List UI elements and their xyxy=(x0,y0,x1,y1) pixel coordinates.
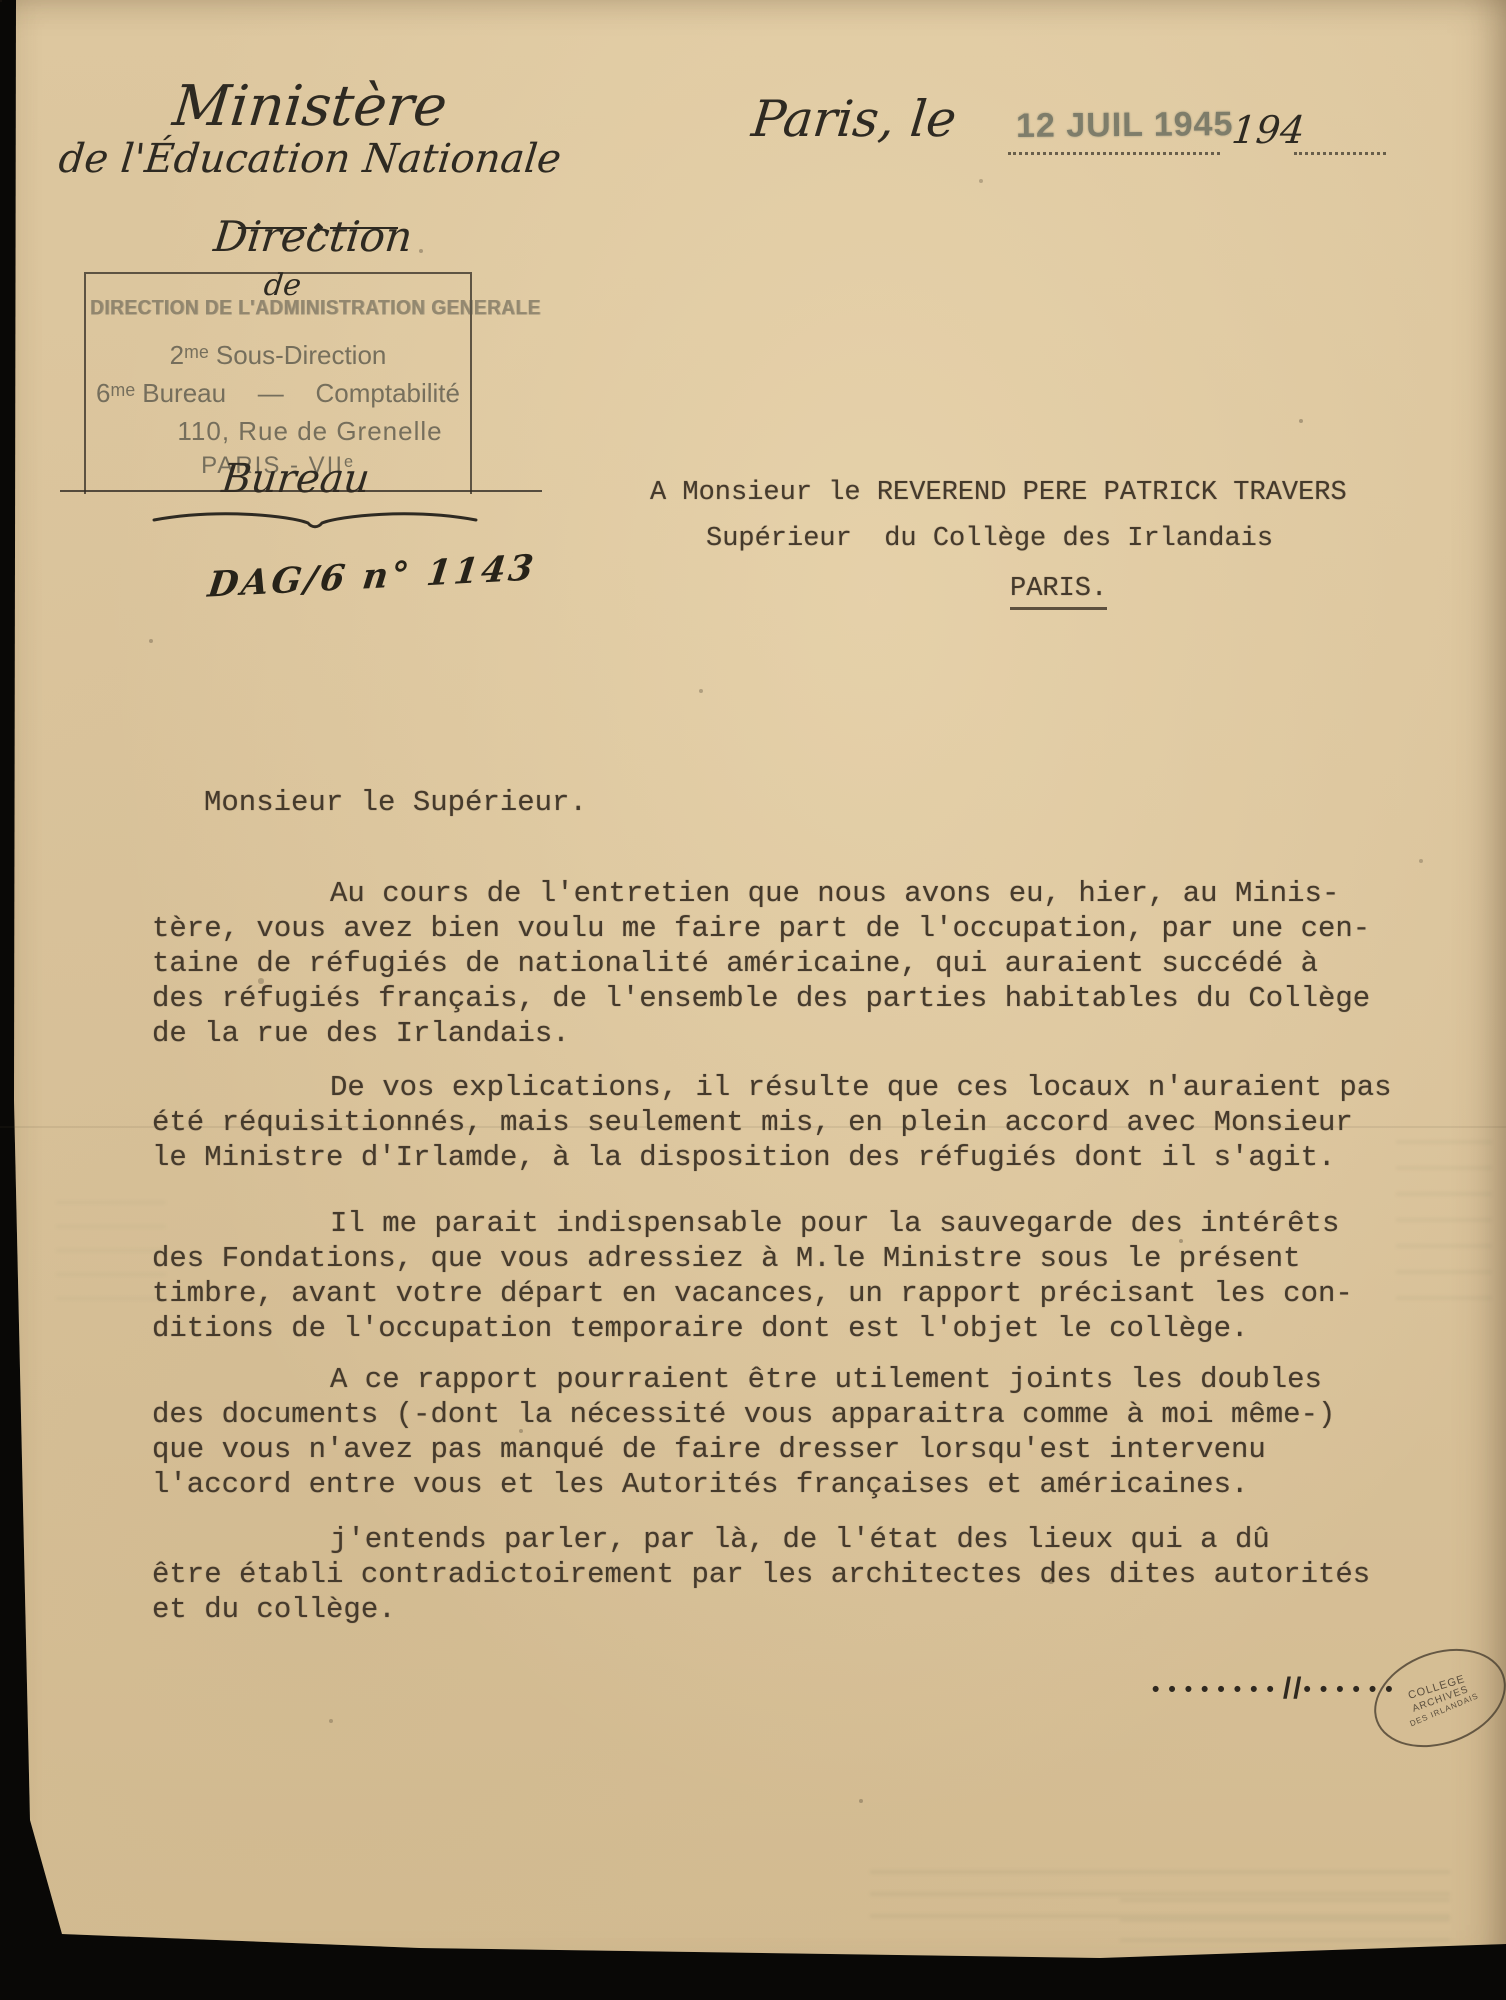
brace-flourish xyxy=(150,506,480,536)
body-paragraph-3: Il me parait indispensable pour la sauve… xyxy=(152,1206,1404,1346)
body-paragraph-1: Au cours de l'entretien que nous avons e… xyxy=(152,876,1404,1051)
scanned-letter-page: Ministère de l'Éducation Nationale Paris… xyxy=(0,0,1506,2000)
date-dotted-underline-left xyxy=(1008,152,1220,155)
continuation-dots: ••••••••//•••••• xyxy=(1152,1672,1402,1706)
box-bottom-rule xyxy=(60,490,542,492)
letterhead-ministry-line1: Ministère xyxy=(127,74,494,139)
salutation: Monsieur le Supérieur. xyxy=(204,786,587,819)
bureau-stamp: 6ᵐᵉ Bureau xyxy=(96,378,226,409)
sous-direction-stamp: 2ᵐᵉ Sous-Direction xyxy=(86,340,470,371)
date-prefix-script: Paris, le xyxy=(749,90,959,148)
bureau-dash: — xyxy=(226,378,315,409)
de-script-label: de xyxy=(262,268,303,303)
printed-year-suffix: 194 xyxy=(1230,108,1307,152)
paper-specks xyxy=(0,0,2,2)
recipient-line2: Supérieur du Collège des Irlandais xyxy=(706,524,1273,554)
recipient-line1: A Monsieur le REVEREND PERE PATRICK TRAV… xyxy=(650,478,1347,508)
dots-left: •••••••• xyxy=(1152,1678,1283,1701)
date-stamp: 12 JUIL 1945 xyxy=(1016,105,1234,146)
direction-script-label: Direction xyxy=(211,212,414,261)
bureau-script-label: Bureau xyxy=(220,456,372,502)
continuation-slashes: // xyxy=(1283,1672,1304,1705)
bleed-through-smudge xyxy=(1120,1896,1450,1942)
date-dotted-underline-right xyxy=(1294,152,1386,155)
comptabilite-stamp: Comptabilité xyxy=(315,378,460,409)
body-paragraph-4: A ce rapport pourraient être utilement j… xyxy=(152,1362,1404,1502)
letterhead-ministry-line2: de l'Éducation Nationale xyxy=(53,136,568,182)
body-paragraph-2: De vos explications, il résulte que ces … xyxy=(152,1070,1404,1175)
bleed-through-smudge xyxy=(1396,1130,1492,1300)
bureau-comptabilite-row: 6ᵐᵉ Bureau — Comptabilité xyxy=(96,378,460,409)
body-paragraph-5: j'entends parler, par là, de l'état des … xyxy=(152,1522,1404,1627)
office-stamp-box: DIRECTION DE L'ADMINISTRATION GENERALE D… xyxy=(84,272,472,494)
paper-crease xyxy=(0,1126,1506,1128)
address-stamp: 110, Rue de Grenelle xyxy=(120,416,500,447)
bleed-through-smudge xyxy=(56,1180,166,1300)
recipient-city-underlined: PARIS. xyxy=(1010,574,1107,610)
